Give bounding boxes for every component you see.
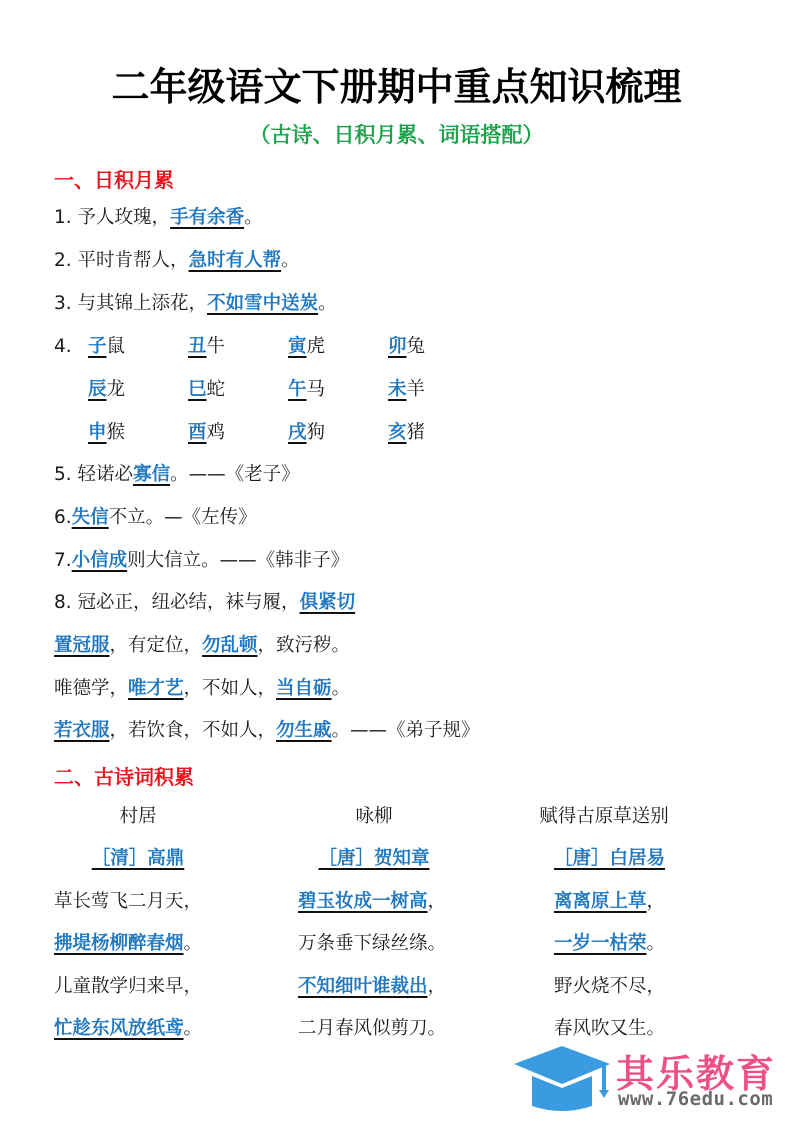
item-text: 冠必正，纽必结，袜与履，	[78, 592, 300, 613]
answer-text: 手有余香	[170, 207, 244, 228]
poem-line: 拂堤杨柳醉春烟。	[54, 931, 202, 957]
item-number: 3.	[54, 293, 72, 314]
item-text: 与其锦上添花，	[78, 293, 208, 314]
item-8-line-1: 8. 冠必正，纽必结，袜与履，俱紧切	[54, 590, 355, 616]
zodiac-branch: 卯	[388, 336, 407, 357]
item-8-line-2: 置冠服，有定位，勿乱顿，致污秽。	[54, 633, 350, 659]
poem-line-answer: 一岁一枯荣	[554, 933, 647, 954]
answer-text: 急时有人帮	[189, 250, 282, 271]
zodiac-animal: 蛇	[207, 379, 226, 400]
answer-text: 勿乱顿	[202, 635, 258, 656]
item-number: 1.	[54, 207, 72, 228]
zodiac-cell: 亥猪	[388, 420, 425, 446]
poem-punct: ，	[428, 976, 447, 997]
answer-text: 小信成	[72, 550, 128, 571]
poem-line: 碧玉妆成一树高，	[298, 889, 446, 915]
zodiac-animal: 兔	[407, 336, 426, 357]
poem-line-answer: 拂堤杨柳醉春烟	[54, 933, 184, 954]
poem-punct: ，	[647, 891, 666, 912]
answer-text: 寡信	[133, 464, 170, 485]
zodiac-cell: 巳蛇	[184, 377, 225, 403]
zodiac-cell: 未羊	[388, 377, 425, 403]
item-number: 2.	[54, 250, 72, 271]
zodiac-cell: 申猴	[88, 420, 125, 446]
zodiac-animal: 牛	[207, 336, 226, 357]
zodiac-branch: 辰	[88, 379, 107, 400]
item-text: ，不如人，	[184, 678, 277, 699]
zodiac-branch: 酉	[188, 422, 207, 443]
item-1: 1. 予人玫瑰，手有余香。	[54, 205, 263, 231]
zodiac-animal: 猪	[407, 422, 426, 443]
poem-line-answer: 碧玉妆成一树高	[298, 891, 428, 912]
poem-punct: 。	[428, 1018, 447, 1039]
item-3: 3. 与其锦上添花，不如雪中送炭。	[54, 291, 337, 317]
zodiac-animal: 狗	[307, 422, 326, 443]
poem-line: 野火烧不尽，	[554, 974, 665, 1000]
zodiac-cell: 戌狗	[288, 420, 325, 446]
poem-punct: ，	[647, 976, 666, 997]
poem-line-text: 儿童散学归来早	[54, 976, 184, 997]
zodiac-cell: 酉鸡	[188, 420, 225, 446]
poem-line: 草长莺飞二月天，	[54, 889, 202, 915]
poem-line: 离离原上草，	[554, 889, 665, 915]
item-number: 5.	[54, 464, 72, 485]
poem-line-text: 万条垂下绿丝绦	[298, 933, 428, 954]
item-punct: 。	[244, 207, 263, 228]
zodiac-animal: 虎	[307, 336, 326, 357]
poem-line-answer: 忙趁东风放纸鸢	[54, 1018, 184, 1039]
poem-punct: 。	[647, 1018, 666, 1039]
poem-line-text: 春风吹又生	[554, 1018, 647, 1039]
zodiac-animal: 猴	[107, 422, 126, 443]
item-8-line-3: 唯德学，唯才艺，不如人，当自砺。	[54, 676, 350, 702]
zodiac-animal: 羊	[407, 379, 426, 400]
poem-author: ［唐］贺知章	[298, 846, 450, 872]
item-5: 5. 轻诺必寡信。——《老子》	[54, 462, 300, 488]
poem-line: 一岁一枯荣。	[554, 931, 665, 957]
item-7: 7.小信成则大信立。——《韩非子》	[54, 548, 349, 574]
poem-punct: 。	[647, 933, 666, 954]
item-text: ，致污秽。	[258, 635, 351, 656]
item-text: 轻诺必	[78, 464, 134, 485]
poem-author: ［清］高鼎	[54, 846, 222, 872]
item-number: 8.	[54, 592, 72, 613]
answer-text: 置冠服	[54, 635, 110, 656]
zodiac-cell: 寅虎	[288, 334, 325, 360]
poem-punct: 。	[184, 933, 203, 954]
poem-line: 儿童散学归来早，	[54, 974, 202, 1000]
item-text: 平时肯帮人，	[78, 250, 189, 271]
answer-text: 失信	[72, 507, 109, 528]
zodiac-cell: 卯兔	[388, 334, 425, 360]
zodiac-branch: 巳	[184, 379, 207, 400]
item-text: 。	[332, 678, 351, 699]
item-source: 则大信立。——《韩非子》	[127, 550, 349, 571]
zodiac-branch: 寅	[288, 336, 307, 357]
answer-text: 若衣服	[54, 720, 110, 741]
answer-text: 俱紧切	[300, 592, 356, 613]
zodiac-branch: 丑	[188, 336, 207, 357]
section-heading-poems: 二、古诗词积累	[54, 761, 194, 790]
poem-author-text: ［清］高鼎	[92, 848, 185, 869]
zodiac-cell: 辰龙	[88, 377, 125, 403]
item-6: 6.失信不立。—《左传》	[54, 505, 257, 531]
page-subtitle: （古诗、日积月累、词语搭配）	[0, 119, 793, 149]
item-text: 唯德学，	[54, 678, 128, 699]
poem-author-text: ［唐］贺知章	[318, 848, 429, 869]
item-number: 7.	[54, 550, 72, 571]
zodiac-branch: 午	[288, 379, 307, 400]
poem-punct: ，	[184, 976, 203, 997]
poem-punct: 。	[428, 933, 447, 954]
poem-title: 赋得古原草送别	[522, 804, 686, 830]
poem-author-text: ［唐］白居易	[554, 848, 665, 869]
item-source: 。——《老子》	[170, 464, 300, 485]
poem-title: 村居	[54, 804, 222, 830]
poem-line: 春风吹又生。	[554, 1016, 665, 1042]
answer-text: 当自砺	[276, 678, 332, 699]
item-2: 2. 平时肯帮人，急时有人帮。	[54, 248, 300, 274]
poem-line-text: 野火烧不尽	[554, 976, 647, 997]
poem-line-text: 二月春风似剪刀	[298, 1018, 428, 1039]
zodiac-animal: 龙	[107, 379, 126, 400]
zodiac-branch: 未	[388, 379, 407, 400]
zodiac-branch: 申	[88, 422, 107, 443]
graduation-cap-icon	[510, 1044, 616, 1114]
poem-title: 咏柳	[298, 804, 450, 830]
item-text: 予人玫瑰，	[78, 207, 171, 228]
item-4-number: 4.	[54, 334, 72, 360]
poem-line: 二月春风似剪刀。	[298, 1016, 446, 1042]
zodiac-branch: 戌	[288, 422, 307, 443]
poem-punct: 。	[184, 1018, 203, 1039]
poem-author: ［唐］白居易	[554, 846, 665, 872]
answer-text: 勿生戚	[276, 720, 332, 741]
section-heading-daily-accumulation: 一、日积月累	[54, 164, 174, 193]
page-title: 二年级语文下册期中重点知识梳理	[0, 56, 793, 111]
zodiac-cell: 午马	[288, 377, 325, 403]
item-number: 6.	[54, 507, 72, 528]
item-8-line-4: 若衣服，若饮食，不如人，勿生戚。——《弟子规》	[54, 718, 480, 744]
item-punct: 。	[281, 250, 300, 271]
item-text: ，有定位，	[110, 635, 203, 656]
item-text: ，若饮食，不如人，	[110, 720, 277, 741]
zodiac-branch: 子	[88, 336, 107, 357]
answer-text: 唯才艺	[128, 678, 184, 699]
zodiac-animal: 鸡	[207, 422, 226, 443]
zodiac-animal: 鼠	[107, 336, 126, 357]
poem-line: 万条垂下绿丝绦。	[298, 931, 446, 957]
poem-punct: ，	[428, 891, 447, 912]
zodiac-animal: 马	[307, 379, 326, 400]
poem-punct: ，	[184, 891, 203, 912]
poem-line: 忙趁东风放纸鸢。	[54, 1016, 202, 1042]
poem-line-text: 草长莺飞二月天	[54, 891, 184, 912]
logo-url: www.76edu.com	[618, 1088, 773, 1110]
item-punct: 。	[318, 293, 337, 314]
item-source: 不立。—《左传》	[109, 507, 257, 528]
poem-line-answer: 离离原上草	[554, 891, 647, 912]
poem-line-answer: 不知细叶谁裁出	[298, 976, 428, 997]
zodiac-cell: 子鼠	[88, 334, 125, 360]
zodiac-branch: 亥	[388, 422, 407, 443]
answer-text: 不如雪中送炭	[207, 293, 318, 314]
poem-line: 不知细叶谁裁出，	[298, 974, 446, 1000]
item-source: 。——《弟子规》	[332, 720, 480, 741]
zodiac-cell: 丑牛	[188, 334, 225, 360]
